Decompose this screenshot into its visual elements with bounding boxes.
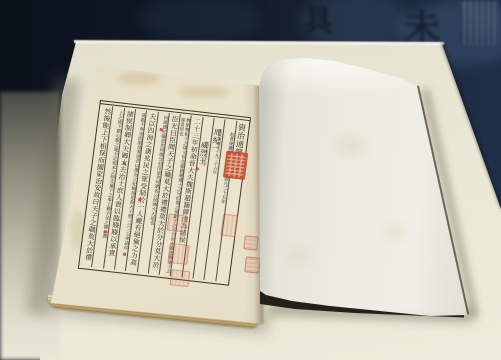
faded-seal: [220, 214, 238, 238]
red-collector-seal: [223, 151, 248, 180]
faded-seal: [167, 243, 189, 265]
paper-aging-spot: [118, 72, 160, 85]
printed-text-block: 資治通鑑卷第一 起著雍攝提格盡玄黓困敦凡三十五年 周紀一起戊寅盡壬子凡三十五年 …: [78, 100, 251, 286]
paper-aging-spot: [178, 86, 230, 98]
text-columns: 資治通鑑卷第一 起著雍攝提格盡玄黓困敦凡三十五年 周紀一起戊寅盡壬子凡三十五年 …: [81, 105, 247, 283]
museum-photo-ancient-book: 具 未 資治通鑑卷第一 起著雍攝提格盡玄黓困敦凡三十五年 周紀一起戊寅盡壬子凡三…: [0, 0, 501, 360]
vermilion-mark: [196, 167, 199, 170]
background-haze: [140, 0, 260, 44]
vermilion-mark: [138, 198, 141, 201]
vermilion-mark: [160, 128, 163, 131]
background-blurred-scroll: [461, 1, 499, 46]
vermilion-mark: [123, 162, 126, 165]
background-calligraphy-glyph: 具: [303, 0, 333, 40]
vermilion-mark: [104, 230, 107, 233]
vermilion-mark: [123, 253, 126, 256]
faded-seal: [167, 214, 188, 233]
faded-seal: [169, 269, 190, 287]
